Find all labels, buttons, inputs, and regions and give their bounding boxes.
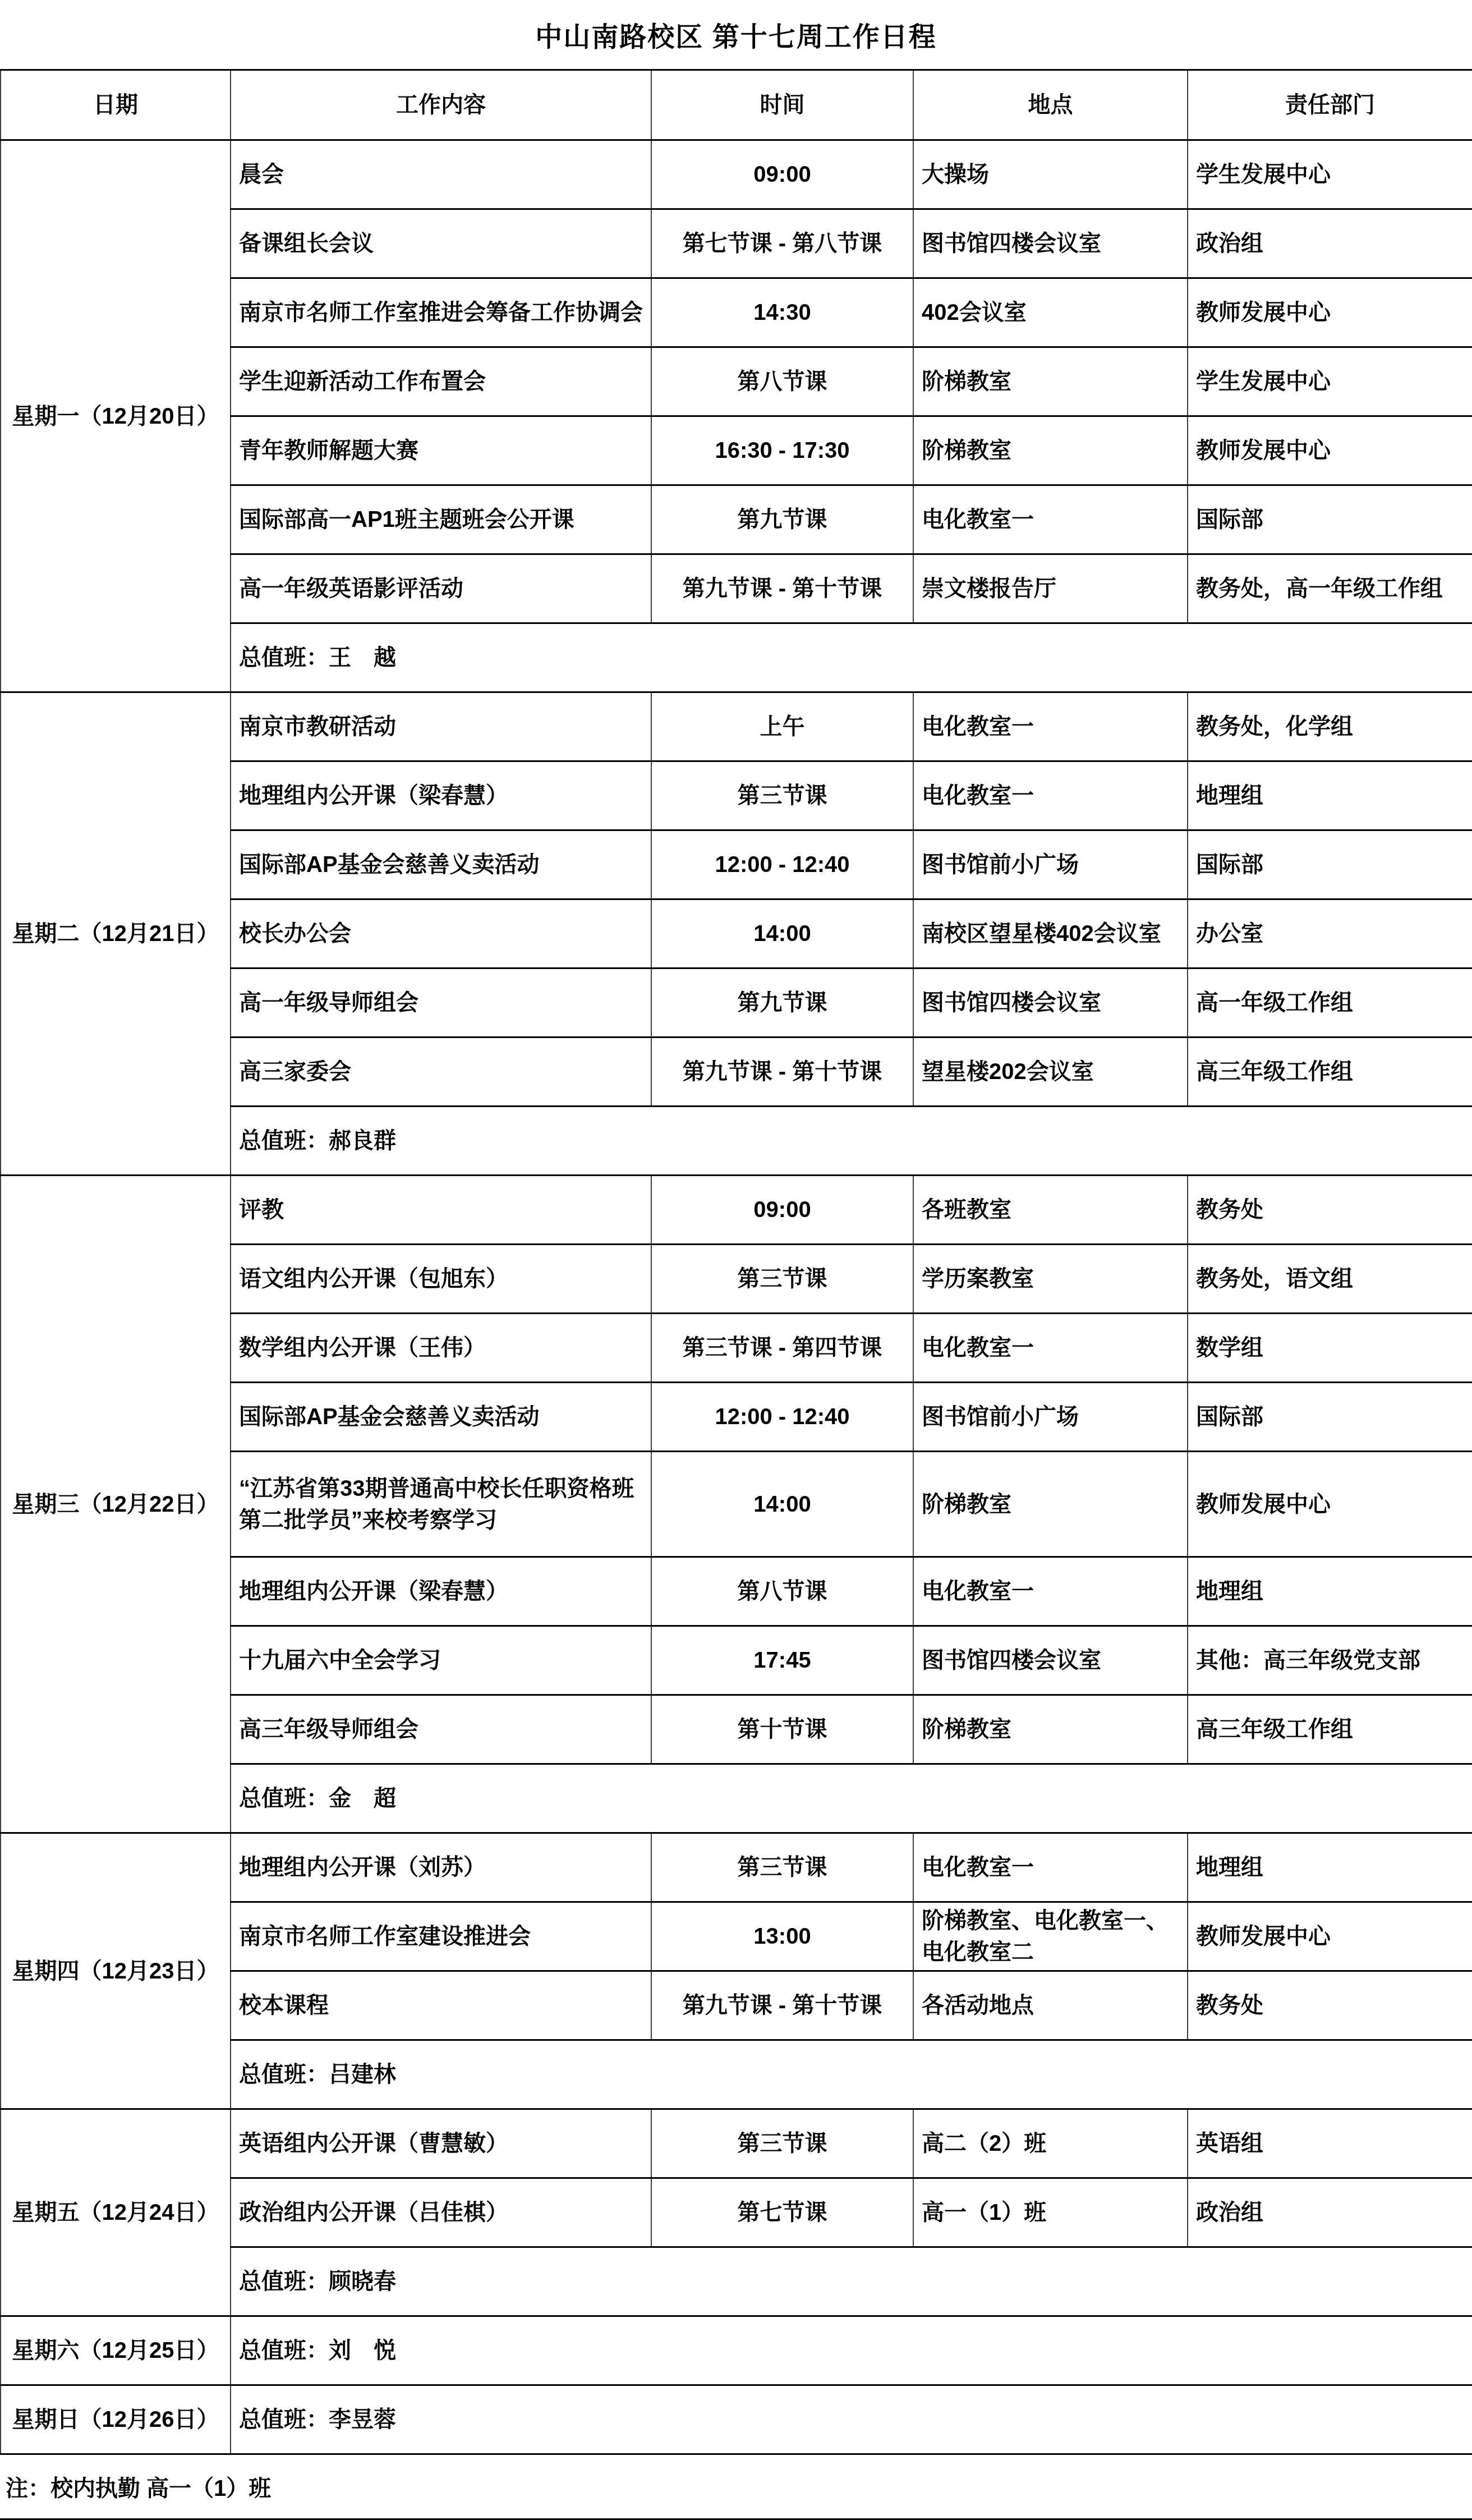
event-location-cell: 各班教室 xyxy=(913,1176,1188,1245)
event-location-cell: 望星楼202会议室 xyxy=(913,1038,1188,1107)
event-dept-cell: 地理组 xyxy=(1188,1557,1472,1626)
event-dept-cell: 教师发展中心 xyxy=(1188,1902,1472,1971)
event-content-cell: 国际部AP基金会慈善义卖活动 xyxy=(231,830,651,899)
event-time-cell: 14:30 xyxy=(651,278,913,347)
event-time-cell: 第九节课 xyxy=(651,485,913,554)
event-time-cell: 14:00 xyxy=(651,899,913,968)
event-dept-cell: 教务处 xyxy=(1188,1176,1472,1245)
event-dept-cell: 教师发展中心 xyxy=(1188,278,1472,347)
duty-cell: 总值班：金 超 xyxy=(231,1764,1472,1833)
event-content-cell: 国际部高一AP1班主题班会公开课 xyxy=(231,485,651,554)
event-time-cell: 16:30 - 17:30 xyxy=(651,416,913,485)
event-location-cell: 402会议室 xyxy=(913,278,1188,347)
event-content-cell: 英语组内公开课（曹慧敏） xyxy=(231,2109,651,2178)
event-row: 星期一（12月20日）晨会09:00大操场学生发展中心 xyxy=(1,140,1472,209)
schedule-table: 日期 工作内容 时间 地点 责任部门 星期一（12月20日）晨会09:00大操场… xyxy=(0,69,1472,2455)
event-location-cell: 图书馆四楼会议室 xyxy=(913,968,1188,1038)
event-time-cell: 09:00 xyxy=(651,1176,913,1245)
event-content-cell: 地理组内公开课（刘苏） xyxy=(231,1833,651,1902)
event-row: 星期五（12月24日）英语组内公开课（曹慧敏）第三节课高二（2）班英语组 xyxy=(1,2109,1472,2178)
event-dept-cell: 政治组 xyxy=(1188,2178,1472,2247)
event-location-cell: 电化教室一 xyxy=(913,761,1188,830)
event-time-cell: 09:00 xyxy=(651,140,913,209)
duty-cell: 总值班：李昱蓉 xyxy=(231,2385,1472,2454)
event-location-cell: 阶梯教室、电化教室一、电化教室二 xyxy=(913,1902,1188,1971)
event-location-cell: 电化教室一 xyxy=(913,1557,1188,1626)
date-cell: 星期日（12月26日） xyxy=(1,2385,231,2454)
event-time-cell: 13:00 xyxy=(651,1902,913,1971)
event-location-cell: 阶梯教室 xyxy=(913,1452,1188,1557)
page: { "title": "中山南路校区 第十七周工作日程", "columns":… xyxy=(0,0,1472,2518)
date-cell: 星期四（12月23日） xyxy=(1,1833,231,2109)
event-time-cell: 第七节课 xyxy=(651,2178,913,2247)
duty-cell: 总值班：王 越 xyxy=(231,623,1472,692)
page-title: 中山南路校区 第十七周工作日程 xyxy=(0,0,1472,69)
header-row: 日期 工作内容 时间 地点 责任部门 xyxy=(1,70,1472,140)
event-location-cell: 阶梯教室 xyxy=(913,1695,1188,1764)
event-content-cell: 评教 xyxy=(231,1176,651,1245)
event-dept-cell: 学生发展中心 xyxy=(1188,347,1472,416)
event-content-cell: 语文组内公开课（包旭东） xyxy=(231,1245,651,1314)
event-dept-cell: 教务处 xyxy=(1188,1971,1472,2040)
event-dept-cell: 高三年级工作组 xyxy=(1188,1695,1472,1764)
event-dept-cell: 教师发展中心 xyxy=(1188,416,1472,485)
event-dept-cell: 高一年级工作组 xyxy=(1188,968,1472,1038)
event-row: 星期二（12月21日）南京市教研活动上午电化教室一教务处，化学组 xyxy=(1,692,1472,761)
event-location-cell: 南校区望星楼402会议室 xyxy=(913,899,1188,968)
event-time-cell: 第九节课 - 第十节课 xyxy=(651,1971,913,2040)
event-time-cell: 第十节课 xyxy=(651,1695,913,1764)
event-dept-cell: 政治组 xyxy=(1188,209,1472,278)
event-location-cell: 阶梯教室 xyxy=(913,347,1188,416)
event-dept-cell: 国际部 xyxy=(1188,485,1472,554)
event-time-cell: 第九节课 xyxy=(651,968,913,1038)
date-cell: 星期五（12月24日） xyxy=(1,2109,231,2316)
event-content-cell: 校本课程 xyxy=(231,1971,651,2040)
event-dept-cell: 英语组 xyxy=(1188,2109,1472,2178)
event-dept-cell: 地理组 xyxy=(1188,1833,1472,1902)
event-time-cell: 第三节课 - 第四节课 xyxy=(651,1314,913,1383)
event-dept-cell: 其他：高三年级党支部 xyxy=(1188,1626,1472,1695)
event-time-cell: 14:00 xyxy=(651,1452,913,1557)
event-time-cell: 第九节课 - 第十节课 xyxy=(651,554,913,623)
event-location-cell: 图书馆前小广场 xyxy=(913,1383,1188,1452)
event-location-cell: 高一（1）班 xyxy=(913,2178,1188,2247)
event-dept-cell: 国际部 xyxy=(1188,830,1472,899)
event-dept-cell: 教师发展中心 xyxy=(1188,1452,1472,1557)
event-location-cell: 崇文楼报告厅 xyxy=(913,554,1188,623)
event-time-cell: 第八节课 xyxy=(651,1557,913,1626)
event-dept-cell: 办公室 xyxy=(1188,899,1472,968)
event-location-cell: 图书馆四楼会议室 xyxy=(913,1626,1188,1695)
event-location-cell: 电化教室一 xyxy=(913,485,1188,554)
event-dept-cell: 国际部 xyxy=(1188,1383,1472,1452)
date-cell: 星期三（12月22日） xyxy=(1,1176,231,1833)
event-dept-cell: 教务处，化学组 xyxy=(1188,692,1472,761)
col-header-date: 日期 xyxy=(1,70,231,140)
duty-cell: 总值班：顾晓春 xyxy=(231,2247,1472,2316)
event-dept-cell: 高三年级工作组 xyxy=(1188,1038,1472,1107)
date-cell: 星期一（12月20日） xyxy=(1,140,231,692)
event-dept-cell: 教务处，高一年级工作组 xyxy=(1188,554,1472,623)
event-content-cell: 高一年级导师组会 xyxy=(231,968,651,1038)
event-dept-cell: 数学组 xyxy=(1188,1314,1472,1383)
event-time-cell: 第三节课 xyxy=(651,761,913,830)
event-content-cell: 校长办公会 xyxy=(231,899,651,968)
event-content-cell: 地理组内公开课（梁春慧） xyxy=(231,761,651,830)
date-cell: 星期六（12月25日） xyxy=(1,2316,231,2385)
event-content-cell: 十九届六中全会学习 xyxy=(231,1626,651,1695)
event-content-cell: 南京市名师工作室推进会筹备工作协调会 xyxy=(231,278,651,347)
col-header-dept: 责任部门 xyxy=(1188,70,1472,140)
event-dept-cell: 学生发展中心 xyxy=(1188,140,1472,209)
event-content-cell: 高三年级导师组会 xyxy=(231,1695,651,1764)
event-location-cell: 电化教室一 xyxy=(913,1833,1188,1902)
event-content-cell: 备课组长会议 xyxy=(231,209,651,278)
event-location-cell: 电化教室一 xyxy=(913,1314,1188,1383)
event-dept-cell: 教务处，语文组 xyxy=(1188,1245,1472,1314)
footnote: 注：校内执勤 高一（1）班 xyxy=(0,2455,1472,2520)
event-row: 星期三（12月22日）评教09:00各班教室教务处 xyxy=(1,1176,1472,1245)
duty-row: 星期日（12月26日）总值班：李昱蓉 xyxy=(1,2385,1472,2454)
duty-row: 星期六（12月25日）总值班：刘 悦 xyxy=(1,2316,1472,2385)
event-location-cell: 大操场 xyxy=(913,140,1188,209)
event-content-cell: “江苏省第33期普通高中校长任职资格班第二批学员”来校考察学习 xyxy=(231,1452,651,1557)
event-location-cell: 各活动地点 xyxy=(913,1971,1188,2040)
event-time-cell: 第七节课 - 第八节课 xyxy=(651,209,913,278)
event-content-cell: 学生迎新活动工作布置会 xyxy=(231,347,651,416)
col-header-content: 工作内容 xyxy=(231,70,651,140)
duty-cell: 总值班：刘 悦 xyxy=(231,2316,1472,2385)
date-cell: 星期二（12月21日） xyxy=(1,692,231,1176)
event-time-cell: 上午 xyxy=(651,692,913,761)
event-time-cell: 第八节课 xyxy=(651,347,913,416)
event-location-cell: 阶梯教室 xyxy=(913,416,1188,485)
event-time-cell: 第三节课 xyxy=(651,2109,913,2178)
event-location-cell: 高二（2）班 xyxy=(913,2109,1188,2178)
event-row: 星期四（12月23日）地理组内公开课（刘苏）第三节课电化教室一地理组 xyxy=(1,1833,1472,1902)
event-content-cell: 国际部AP基金会慈善义卖活动 xyxy=(231,1383,651,1452)
event-time-cell: 第三节课 xyxy=(651,1833,913,1902)
event-time-cell: 第三节课 xyxy=(651,1245,913,1314)
event-location-cell: 学历案教室 xyxy=(913,1245,1188,1314)
event-time-cell: 12:00 - 12:40 xyxy=(651,830,913,899)
duty-cell: 总值班：吕建林 xyxy=(231,2040,1472,2109)
event-location-cell: 图书馆四楼会议室 xyxy=(913,209,1188,278)
event-content-cell: 高三家委会 xyxy=(231,1038,651,1107)
event-content-cell: 晨会 xyxy=(231,140,651,209)
event-content-cell: 地理组内公开课（梁春慧） xyxy=(231,1557,651,1626)
event-content-cell: 数学组内公开课（王伟） xyxy=(231,1314,651,1383)
event-dept-cell: 地理组 xyxy=(1188,761,1472,830)
duty-cell: 总值班：郝良群 xyxy=(231,1107,1472,1176)
event-time-cell: 17:45 xyxy=(651,1626,913,1695)
event-content-cell: 南京市教研活动 xyxy=(231,692,651,761)
event-location-cell: 电化教室一 xyxy=(913,692,1188,761)
event-content-cell: 南京市名师工作室建设推进会 xyxy=(231,1902,651,1971)
col-header-location: 地点 xyxy=(913,70,1188,140)
event-time-cell: 第九节课 - 第十节课 xyxy=(651,1038,913,1107)
event-content-cell: 政治组内公开课（吕佳棋） xyxy=(231,2178,651,2247)
event-content-cell: 高一年级英语影评活动 xyxy=(231,554,651,623)
event-content-cell: 青年教师解题大赛 xyxy=(231,416,651,485)
event-location-cell: 图书馆前小广场 xyxy=(913,830,1188,899)
event-time-cell: 12:00 - 12:40 xyxy=(651,1383,913,1452)
col-header-time: 时间 xyxy=(651,70,913,140)
